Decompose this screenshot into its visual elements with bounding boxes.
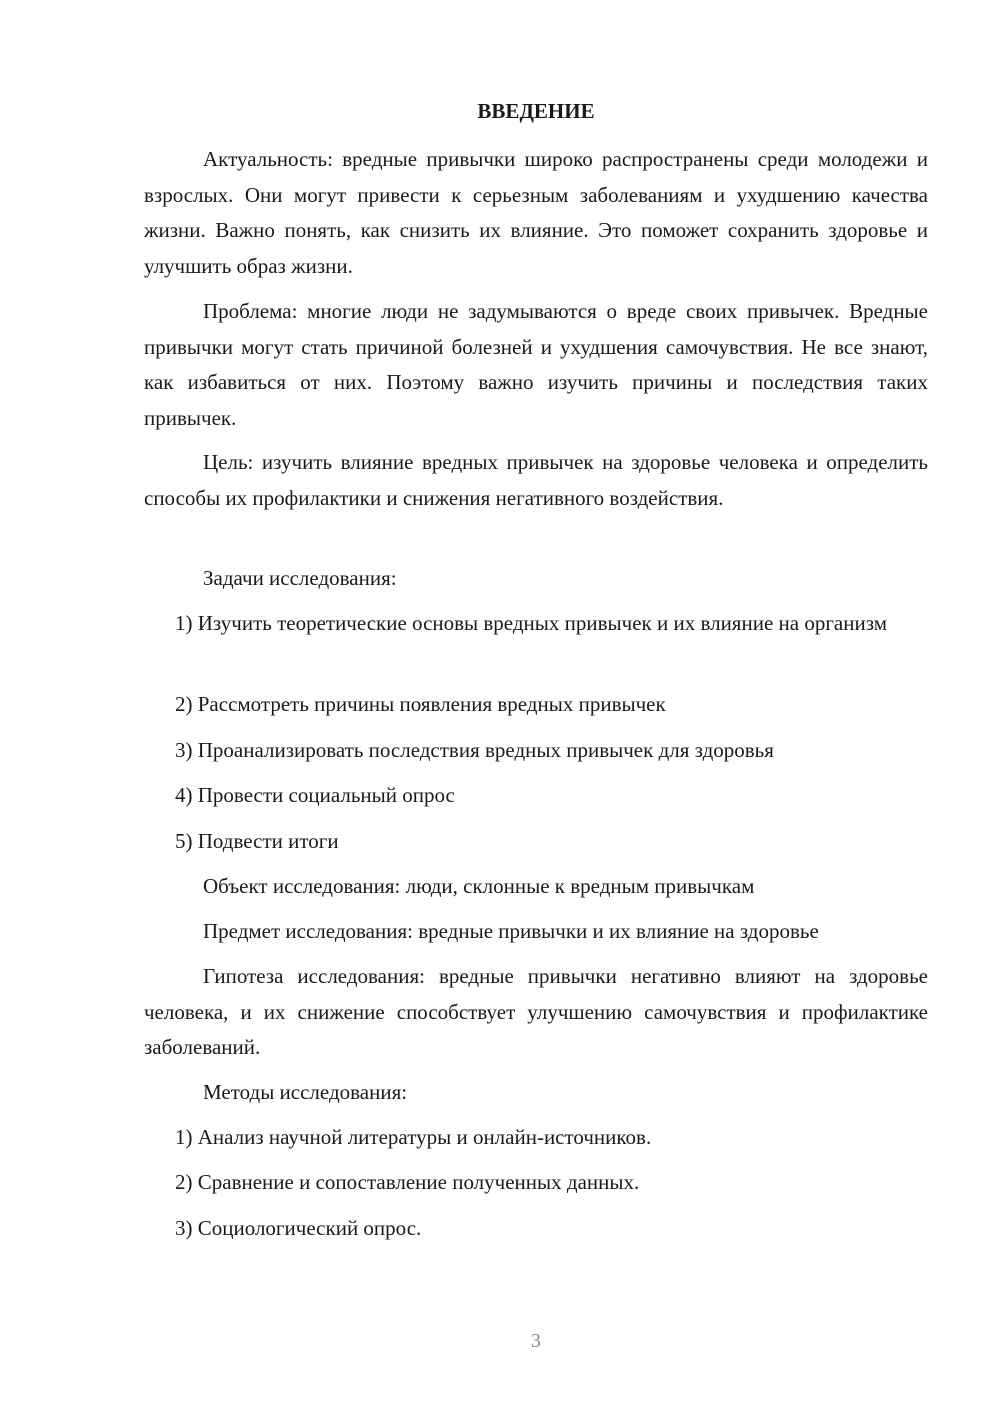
section-title: ВВЕДЕНИЕ <box>144 96 928 126</box>
method-item-2: 2) Сравнение и сопоставление полученных … <box>144 1165 928 1201</box>
subject-paragraph: Предмет исследования: вредные привычки и… <box>144 914 928 950</box>
method-item-3: 3) Социологический опрос. <box>144 1211 928 1247</box>
task-item-4: 4) Провести социальный опрос <box>144 778 928 814</box>
task-item-1: 1) Изучить теоретические основы вредных … <box>144 606 928 642</box>
page-number: 3 <box>144 1330 928 1353</box>
task-item-2: 2) Рассмотреть причины появления вредных… <box>144 687 928 723</box>
method-item-1: 1) Анализ научной литературы и онлайн-ис… <box>144 1120 928 1156</box>
task-item-5: 5) Подвести итоги <box>144 824 928 860</box>
task-item-3: 3) Проанализировать последствия вредных … <box>144 733 928 769</box>
tasks-heading: Задачи исследования: <box>144 561 928 597</box>
hypothesis-paragraph: Гипотеза исследования: вредные привычки … <box>144 959 928 1066</box>
methods-heading: Методы исследования: <box>144 1075 928 1111</box>
goal-paragraph: Цель: изучить влияние вредных привычек н… <box>144 445 928 516</box>
relevance-paragraph: Актуальность: вредные привычки широко ра… <box>144 142 928 284</box>
problem-paragraph: Проблема: многие люди не задумываются о … <box>144 294 928 436</box>
object-paragraph: Объект исследования: люди, склонные к вр… <box>144 869 928 905</box>
